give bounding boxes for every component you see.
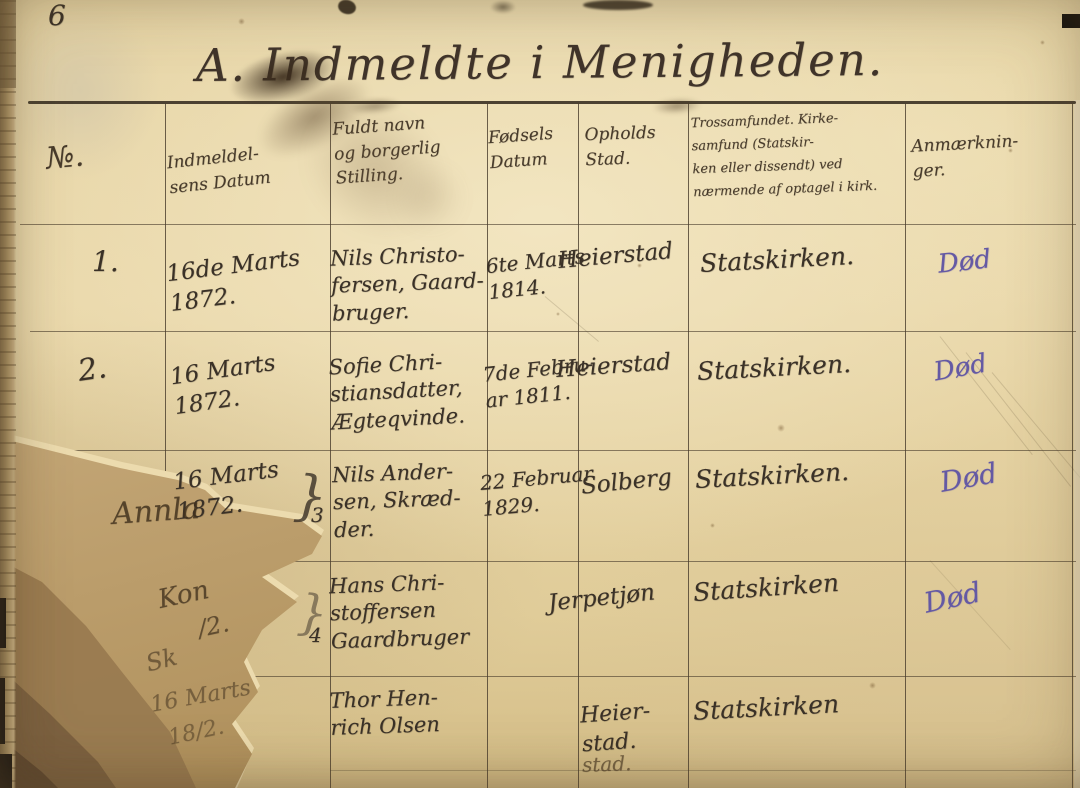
photo-background-sliver — [0, 598, 6, 648]
cell-row3-name: Nils Ander- sen, Skræd- der. — [332, 458, 462, 544]
stain-spot — [869, 682, 876, 689]
cell-row1-name: Nils Christo- fersen, Gaard- bruger. — [330, 240, 485, 327]
pencil-scratch — [992, 372, 1080, 495]
book-binding-edge — [0, 0, 16, 788]
cell-row1-enrollment-date: 16de Marts 1872. — [165, 244, 306, 320]
register-page-scan: 6 A. Indmeldte i Menigheden. №. Indmelde… — [0, 0, 1080, 788]
photo-background-sliver — [0, 678, 5, 744]
column-header-no: №. — [44, 134, 86, 181]
column-header-residence: Opholds Stad. — [584, 121, 657, 173]
cell-row1-congregation: Statskirken. — [699, 240, 855, 281]
cell-row1-remark: Død — [936, 243, 992, 282]
cell-row3-birth-date: 22 Februar 1829. — [479, 460, 596, 522]
grid-vline — [1072, 103, 1073, 788]
stain-spot — [238, 18, 245, 25]
grid-hline — [20, 450, 1076, 451]
photo-background-sliver — [0, 754, 12, 788]
page-right-edge — [1074, 100, 1080, 788]
cell-row3-no: 3 — [311, 502, 324, 528]
cell-row3-residence: Solberg — [580, 463, 674, 502]
folio-number: 6 — [48, 0, 66, 34]
cell-row2-congregation: Statskirken. — [696, 348, 852, 389]
stain-spot — [1040, 40, 1045, 45]
cell-row4-congregation: Statskirken — [692, 567, 840, 610]
cell-row2-no: 2. — [75, 348, 109, 391]
cell-row4-name: Hans Chri- stoffersen Gaardbruger — [329, 569, 470, 656]
column-header-congregation: Trossamfundet. Kirke- samfund (Statskir-… — [690, 106, 877, 205]
grid-vline — [578, 103, 579, 788]
stain-spot — [777, 424, 785, 432]
column-header-remarks: Anmærknin- ger. — [911, 129, 1020, 184]
ink-mark-top — [583, 0, 653, 10]
grid-hline — [20, 224, 1076, 225]
book-binding-edge-top — [0, 0, 16, 88]
stain-spot — [556, 312, 560, 316]
cell-row2-name: Sofie Chri- stiansdatter, Ægteqvinde. — [328, 348, 466, 437]
cell-row4-remark: Død — [921, 574, 985, 621]
grid-vline — [487, 103, 488, 788]
cell-row5-name: Thor Hen- rich Olsen — [329, 684, 440, 742]
cell-row5-congregation: Statskirken — [692, 688, 840, 728]
grid-vline — [905, 103, 906, 788]
cell-row4-residence: Jerpetjøn — [547, 578, 657, 619]
ink-mark-top — [336, 0, 357, 16]
grid-hline — [30, 331, 1076, 332]
cell-row2-enrollment-date: 16 Marts 1872. — [168, 349, 281, 423]
cell-row3-congregation: Statskirken. — [694, 456, 850, 497]
cell-row5-residence: Heier- stad. — [579, 698, 653, 760]
cell-row4-no: 4 — [309, 622, 322, 648]
cell-row3-remark: Død — [937, 455, 1000, 501]
table-top-rule — [28, 101, 1076, 104]
column-header-enrollment-date: Indmeldel- sens Datum — [166, 141, 272, 201]
cell-row2-remark: Død — [931, 348, 989, 391]
stain-spot — [710, 523, 715, 528]
torn-fragment: stad. — [582, 751, 632, 777]
cell-row1-no: 1. — [92, 244, 119, 280]
pencil-scratch — [545, 296, 599, 342]
grid-vline — [688, 103, 689, 788]
grid-hline — [330, 770, 1076, 771]
corner-dark-mark — [1062, 14, 1080, 28]
ink-mark-top — [490, 0, 516, 14]
torn-fragment: Annla — [111, 491, 201, 532]
ink-smudge — [392, 160, 467, 235]
column-header-birth-date: Fødsels Datum — [487, 122, 555, 176]
